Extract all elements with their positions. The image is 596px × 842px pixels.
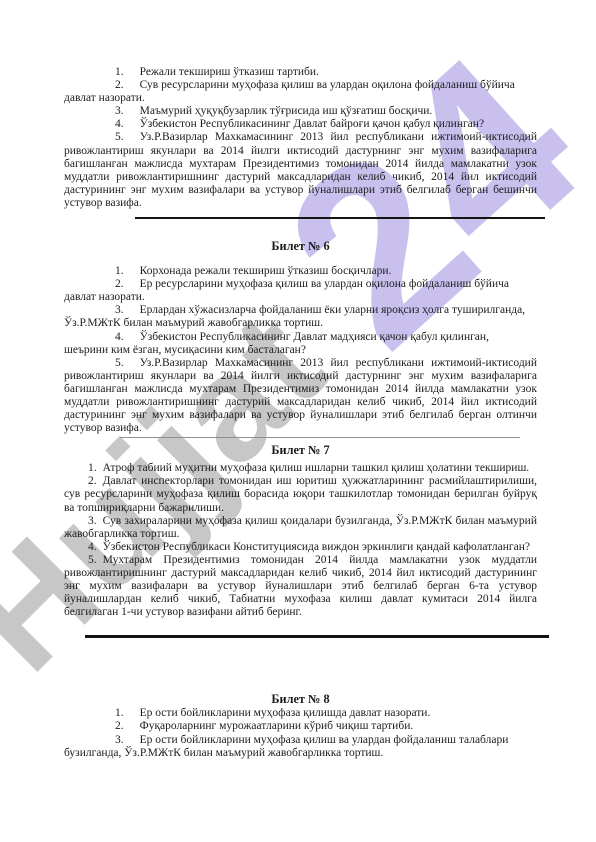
item-number: 4. (115, 118, 140, 130)
separator-line (85, 635, 549, 638)
list-item: 1.Ер ости бойликларини муҳофаза қилишда … (64, 707, 537, 720)
item-text: Сув захираларини муҳофаза қилиш қоидалар… (64, 515, 537, 540)
item-text-continued: давлат назорати. (64, 92, 537, 105)
item-number: 5. (115, 131, 140, 143)
item-text: Атроф табиий муҳитни муҳофаза қилиш ишла… (103, 462, 530, 474)
item-number: 1. (115, 265, 140, 277)
question-list: 1.Режали текшириш ўтказиш тартиби.2.Сув … (64, 66, 537, 210)
item-text-continued: давлат назорати. (64, 291, 537, 304)
item-number: 1. (115, 66, 140, 78)
item-number: 3. (88, 515, 103, 527)
list-item: 3.Ерлардан хўжасизларча фойдаланиш ёки у… (64, 304, 537, 317)
item-number: 5. (115, 357, 140, 369)
item-number: 2. (115, 79, 140, 91)
list-item: 4.Ўзбекистон Республикасининг Давлат бай… (64, 118, 537, 131)
item-number: 1. (88, 462, 103, 474)
item-number: 2. (88, 475, 103, 487)
list-item: 2.Давлат инспекторлари томонидан иш юрит… (64, 475, 537, 514)
separator-line (135, 217, 545, 219)
item-number: 3. (115, 734, 140, 746)
list-item: 3.Сув захираларини муҳофаза қилиш қоидал… (64, 515, 537, 541)
list-item: 2.Сув ресурсларини муҳофаза қилиш ва ула… (64, 79, 537, 92)
item-text: Ер ости бойликларини муҳофаза қилиш ва у… (140, 734, 509, 746)
section-heading: Билет № 8 (64, 692, 537, 706)
list-item: 3.Ер ости бойликларини муҳофаза қилиш ва… (64, 734, 537, 747)
list-item: 1.Корхонада режали текшириш ўтказиш босқ… (64, 265, 537, 278)
item-number: 1. (115, 707, 140, 719)
list-item: 4.Ўзбекистон Республикаси Конституциясид… (64, 541, 537, 554)
item-text: Ўзбекистон Республикасининг Давлат мадҳи… (140, 331, 489, 343)
item-text: Ер ресурсларини муҳофаза қилиш ва уларда… (140, 278, 509, 290)
section-heading: Билет № 7 (64, 443, 537, 457)
item-text: Мухтарам Президентимиз томонидан 2014 йи… (64, 554, 537, 618)
list-item: 3.Маъмурий ҳуқуқбузарлик тўғрисида иш қў… (64, 105, 537, 118)
item-number: 3. (115, 304, 140, 316)
list-item: 5.Уз.Р.Вазирлар Махкамасининг 2013 йил р… (64, 357, 537, 436)
list-item: 2.Фуқароларнинг мурожаатларини кўриб чиқ… (64, 720, 537, 733)
item-text: Маъмурий ҳуқуқбузарлик тўғрисида иш қўзғ… (140, 105, 433, 117)
item-text: Уз.Р.Вазирлар Махкамасининг 2013 йил рес… (64, 131, 537, 208)
item-text: Фуқароларнинг мурожаатларини кўриб чиқиш… (140, 720, 414, 732)
list-item: 1.Атроф табиий муҳитни муҳофаза қилиш иш… (64, 462, 537, 475)
question-list: 1.Атроф табиий муҳитни муҳофаза қилиш иш… (64, 462, 537, 619)
item-text: Режали текшириш ўтказиш тартиби. (140, 66, 319, 78)
item-number: 4. (115, 331, 140, 343)
item-text: Корхонада режали текшириш ўтказиш босқич… (140, 265, 392, 277)
item-number: 2. (115, 278, 140, 290)
document-content: 1.Режали текшириш ўтказиш тартиби.2.Сув … (0, 0, 596, 760)
item-text-continued: Ўз.Р.МЖтК билан маъмурий жавобгарликка т… (64, 317, 537, 330)
item-text: Ер ости бойликларини муҳофаза қилишда да… (140, 707, 431, 719)
question-list: 1.Корхонада режали текшириш ўтказиш босқ… (64, 265, 537, 435)
item-text: Сув ресурсларини муҳофаза қилиш ва улард… (140, 79, 515, 91)
separator-line (120, 437, 520, 438)
item-number: 4. (88, 541, 103, 553)
item-text: Давлат инспекторлари томонидан иш юритиш… (64, 475, 537, 513)
list-item: 4.Ўзбекистон Республикасининг Давлат мад… (64, 331, 537, 344)
section-heading: Билет № 6 (64, 239, 537, 253)
list-item: 5.Мухтарам Президентимиз томонидан 2014 … (64, 554, 537, 619)
pdf-page: { "watermarks": { "gray_text": "Hujjat",… (0, 0, 596, 842)
item-text-continued: шеърини ким ёзган, мусиқасини ким бастал… (64, 344, 537, 357)
item-text-continued: бузилганда, Ўз.Р.МЖтК билан маъмурий жав… (64, 747, 537, 760)
list-item: 2.Ер ресурсларини муҳофаза қилиш ва улар… (64, 278, 537, 291)
item-number: 2. (115, 720, 140, 732)
list-item: 5.Уз.Р.Вазирлар Махкамасининг 2013 йил р… (64, 131, 537, 210)
list-item: 1.Режали текшириш ўтказиш тартиби. (64, 66, 537, 79)
item-text: Ўзбекистон Республикаси Конституциясида … (103, 541, 530, 553)
item-number: 5. (88, 554, 103, 566)
item-number: 3. (115, 105, 140, 117)
question-list: 1.Ер ости бойликларини муҳофаза қилишда … (64, 707, 537, 759)
item-text: Ерлардан хўжасизларча фойдаланиш ёки ула… (140, 304, 525, 316)
item-text: Ўзбекистон Республикасининг Давлат байро… (140, 118, 484, 130)
